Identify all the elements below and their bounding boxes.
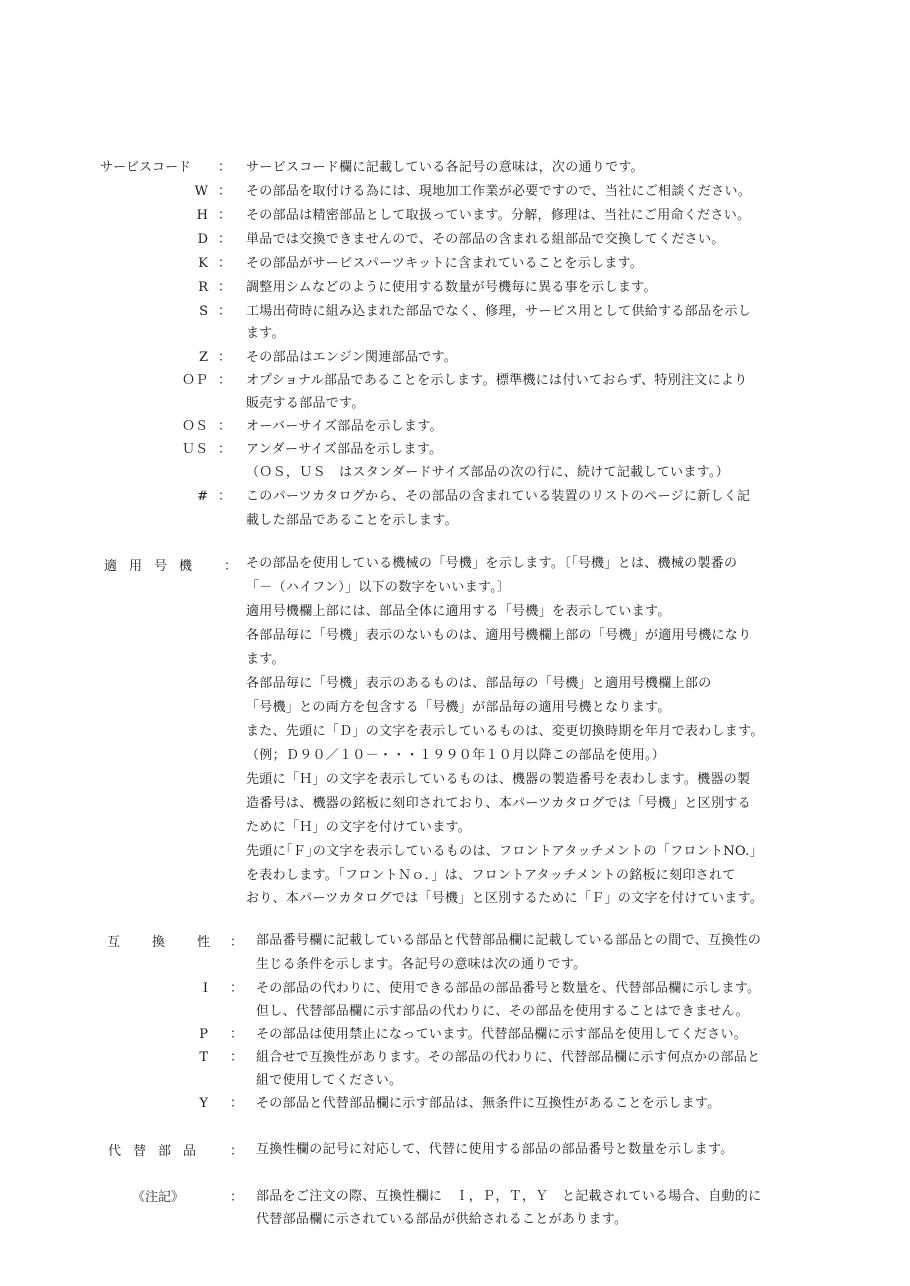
colon: ： [230, 1050, 243, 1066]
code-h: H [148, 208, 208, 224]
code-z-desc: その部品はエンジン関連部品です。 [246, 350, 457, 366]
colon: ： [218, 256, 231, 272]
code-r: R [148, 280, 208, 296]
colon: ： [218, 280, 231, 296]
code-os-desc: オーバーサイズ部品を示します。 [246, 419, 443, 435]
applicable-serial-line-2: 「－（ハイフン）」以下の数字をいいます。〕 [246, 580, 510, 596]
code-op-desc-1: オプショナル部品であることを示します。標準機には付いておらず、特別注文により [246, 373, 748, 389]
applicable-serial-line-15: おり、本パーツカタログでは「号機」と区別するために「Ｆ」の文字を付けています。 [246, 891, 763, 907]
interchangeability-intro-2: 生じる条件を示します。各記号の意味は次の通りです。 [256, 957, 586, 973]
applicable-serial-line-7: 「号機」との両方を包含する「号機」が部品毎の適用号機となります。 [246, 700, 671, 716]
colon: ： [230, 1027, 243, 1043]
colon: ： [218, 489, 231, 505]
service-code-intro: サービスコード欄に記載している各記号の意味は，次の通りです。 [246, 160, 644, 176]
colon: ： [218, 304, 231, 320]
colon: ： [218, 442, 231, 458]
applicable-serial-line-13: 先頭に｢Ｆ｣の文字を表示しているものは、フロントアタッチメントの「フロントNO.… [246, 844, 763, 860]
colon: ： [218, 208, 231, 224]
code-p: P [148, 1027, 208, 1043]
applicable-serial-line-9: （例；Ｄ９０／１０－・・・１９９０年１０月以降この部品を使用。） [246, 748, 665, 764]
code-t: T [148, 1050, 208, 1066]
applicable-serial-line-8: また、先頭に「Ｄ」の文字を表示しているものは、変更切換時期を年月で表わします。 [246, 724, 764, 740]
code-op: ＯＰ [148, 373, 208, 389]
applicable-serial-line-4: 各部品毎に「号機」表示のないものは、適用号機欄上部の「号機」が適用号機になり [246, 628, 751, 644]
note-line-2: 代替部品欄に示されている部品が供給されることがあります。 [256, 1212, 627, 1228]
term-note: 《注記》 [132, 1190, 184, 1206]
applicable-serial-line-6: 各部品毎に「号機」表示のあるものは、部品毎の「号機」と適用号機欄上部の [246, 676, 712, 692]
term-applicable-serial: 適用号機 [104, 559, 204, 575]
code-t-desc-1: 組合せで互換性があります。その部品の代わりに、代替部品欄に示す何点かの部品と [256, 1050, 760, 1066]
code-op-desc-2: 販売する部品です。 [246, 396, 365, 412]
colon: ： [224, 559, 237, 575]
colon: ： [230, 1144, 243, 1160]
colon: ： [218, 160, 231, 176]
code-y: Y [148, 1096, 208, 1112]
colon: ： [218, 184, 231, 200]
code-y-desc: その部品と代替部品欄に示す部品は、無条件に互換性があることを示します。 [256, 1096, 720, 1112]
code-w-desc: その部品を取付ける為には、現地加工作業が必要ですので、当社にご相談ください。 [246, 184, 751, 200]
code-d: D [148, 232, 208, 248]
code-hash-desc-1: このパーツカタログから、その部品の含まれている装置のリストのページに新しく記 [246, 489, 750, 505]
colon: ： [230, 1190, 243, 1206]
code-z: Z [148, 350, 208, 366]
code-us-desc-2: （ＯＳ，ＵＳ はスタンダードサイズ部品の次の行に、続けて記載しています。） [246, 465, 729, 481]
code-s-desc-1: 工場出荷時に組み込まれた部品でなく、修理，サービス用として供給する部品を示し [246, 304, 751, 320]
term-service-code: サービスコード [100, 160, 191, 176]
colon: ： [230, 1096, 243, 1112]
term-interchangeability: 互換性 [107, 935, 242, 951]
colon: ： [218, 419, 231, 435]
term-substitute-parts: 代替部品 [108, 1144, 208, 1160]
code-r-desc: 調整用シムなどのように使用する数量が号機毎に異る事を示します。 [246, 280, 657, 296]
colon: ： [218, 350, 231, 366]
applicable-serial-line-10: 先頭に「Ｈ」の文字を表示しているものは、機器の製造番号を表わします。機器の製 [246, 772, 750, 788]
code-k: K [148, 256, 208, 272]
code-us-desc-1: アンダーサイズ部品を示します。 [246, 442, 442, 458]
code-us: ＵＳ [148, 442, 208, 458]
code-i-desc-1: その部品の代わりに、使用できる部品の部品番号と数量を、代替部品欄に示します。 [256, 981, 760, 997]
code-t-desc-2: 組で使用してください。 [256, 1073, 402, 1089]
code-s-desc-2: ます。 [246, 326, 285, 342]
code-i-desc-2: 但し、代替部品欄に示す部品の代わりに、その部品を使用することはできません。 [256, 1004, 749, 1020]
code-hash: # [148, 489, 208, 505]
code-i: I [148, 981, 208, 997]
code-w: W [148, 184, 208, 200]
note-line-1: 部品をご注文の際、互換性欄に Ｉ，Ｐ，Ｔ，Ｙ と記載されている場合、自動的に [256, 1189, 761, 1205]
applicable-serial-line-14: を表わします。「フロントＮｏ．」は、フロントアタッチメントの銘板に刻印されて [246, 868, 736, 884]
code-s: S [148, 304, 208, 320]
applicable-serial-line-5: ます。 [246, 652, 285, 668]
interchangeability-intro-1: 部品番号欄に記載している部品と代替部品欄に記載している部品との間で、互換性の [256, 933, 761, 949]
applicable-serial-line-3: 適用号機欄上部には、部品全体に適用する「号機」を表示しています。 [246, 604, 671, 620]
code-d-desc: 単品では交換できませんので、その部品の含まれる組部品で交換してください。 [246, 232, 725, 248]
code-h-desc: その部品は精密部品として取扱っています。分解，修理は、当社にご用命ください。 [246, 208, 750, 224]
substitute-parts-desc: 互換性欄の記号に対応して、代替に使用する部品の部品番号と数量を示します。 [256, 1142, 734, 1158]
applicable-serial-line-11: 造番号は、機器の銘板に刻印されており、本パーツカタログでは「号機」と区別する [246, 796, 751, 812]
code-hash-desc-2: 載した部品であることを示します。 [246, 513, 458, 529]
colon: ： [230, 981, 243, 997]
colon: ： [218, 232, 231, 248]
applicable-serial-line-1: その部品を使用している機械の「号機」を示します。〔「号機」とは、機械の製番の [246, 556, 737, 572]
applicable-serial-line-12: ために「Ｈ」の文字を付けています。 [246, 820, 471, 836]
code-k-desc: その部品がサービスパーツキットに含まれていることを示します。 [246, 256, 643, 272]
colon: ： [218, 373, 231, 389]
code-p-desc: その部品は使用禁止になっています。代替部品欄に示す部品を使用してください。 [256, 1027, 747, 1043]
colon: ： [230, 935, 243, 951]
code-os: ＯＳ [148, 419, 208, 435]
